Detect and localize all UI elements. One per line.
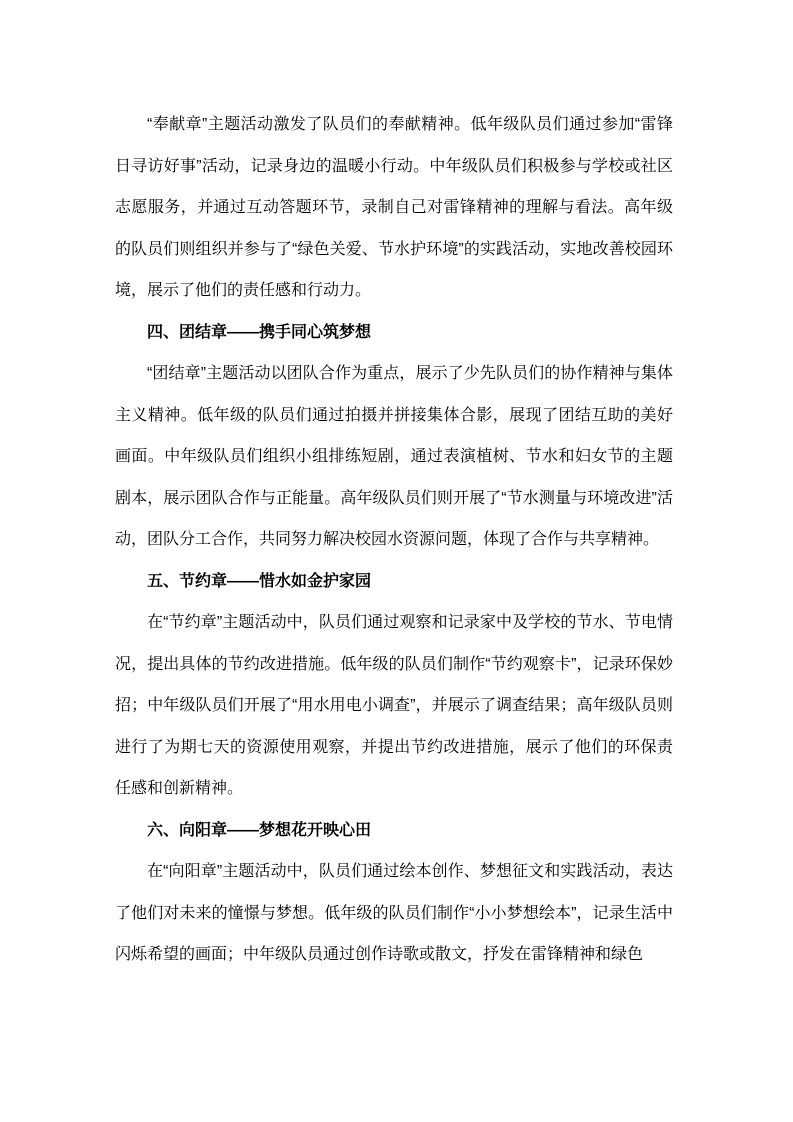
paragraph-unity-chapter: “团结章”主题活动以团队合作为重点，展示了少先队员们的协作精神与集体主义精神。低… bbox=[115, 353, 673, 561]
paragraph-dedication-chapter: “奉献章”主题活动激发了队员们的奉献精神。低年级队员们通过参加“雷锋日寻访好事”… bbox=[115, 104, 673, 312]
paragraph-sunshine-chapter: 在“向阳章”主题活动中，队员们通过绘本创作、梦想征文和实践活动，表达了他们对未来… bbox=[115, 851, 673, 976]
paragraph-thrift-chapter: 在“节约章”主题活动中，队员们通过观察和记录家中及学校的节水、节电情况，提出具体… bbox=[115, 602, 673, 810]
heading-unity-chapter: 四、团结章——携手同心筑梦想 bbox=[115, 312, 673, 354]
document-page: “奉献章”主题活动激发了队员们的奉献精神。低年级队员们通过参加“雷锋日寻访好事”… bbox=[0, 0, 793, 1122]
heading-thrift-chapter: 五、节约章——惜水如金护家园 bbox=[115, 561, 673, 603]
heading-sunshine-chapter: 六、向阳章——梦想花开映心田 bbox=[115, 810, 673, 852]
